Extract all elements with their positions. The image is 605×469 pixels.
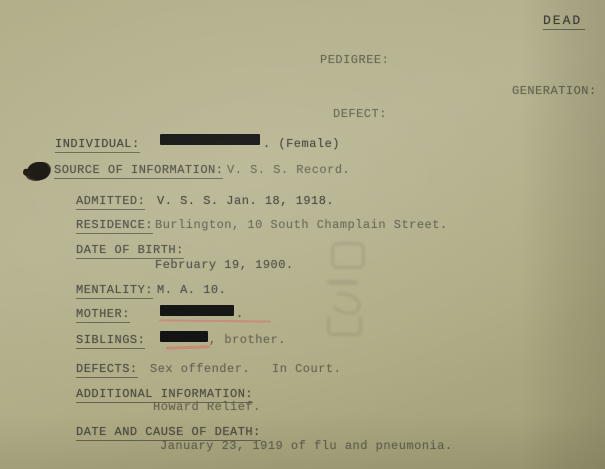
field-source-value: V. S. S. Record. — [227, 163, 350, 177]
red-pencil-underline-mother — [159, 319, 271, 322]
field-mentality-value: M. A. 10. — [157, 283, 226, 297]
bleed-through-mark — [327, 280, 358, 285]
field-admitted-label: ADMITTED: — [76, 194, 145, 210]
field-mother-label: MOTHER: — [76, 307, 130, 323]
red-pencil-underline-siblings — [166, 345, 210, 350]
pedigree-heading: PEDIGREE: — [320, 53, 389, 67]
field-mother-suffix: . — [236, 307, 244, 321]
field-date-and-cause-of-death-value: January 23, 1919 of flu and pneumonia. — [160, 439, 453, 453]
field-date-of-birth-value: February 19, 1900. — [155, 258, 294, 272]
field-additional-information-value: Howard Relief. — [153, 400, 261, 414]
field-defects-value: Sex offender. — [150, 362, 250, 376]
field-individual-label: INDIVIDUAL: — [55, 137, 140, 153]
ink-blot — [27, 162, 50, 180]
field-source-label: SOURCE OF INFORMATION: — [54, 163, 223, 179]
defect-heading: DEFECT: — [333, 107, 387, 121]
field-individual-suffix: . (Female) — [263, 137, 340, 151]
field-residence-value: Burlington, 10 South Champlain Street. — [155, 218, 448, 232]
bleed-through-mark — [327, 314, 362, 336]
redaction-bar-siblings — [160, 331, 208, 342]
redaction-bar-mother — [160, 305, 234, 316]
field-admitted-value: V. S. S. Jan. 18, 1918. — [157, 194, 334, 208]
field-defects-value2: In Court. — [272, 362, 341, 376]
field-date-of-birth-label: DATE OF BIRTH: — [76, 243, 184, 259]
redaction-bar-individual — [160, 134, 260, 145]
generation-heading: GENERATION: — [512, 84, 597, 98]
scanned-record-photo: DEAD PEDIGREE: GENERATION: DEFECT: INDIV… — [0, 0, 605, 469]
field-defects-label: DEFECTS: — [76, 362, 138, 378]
bleed-through-mark — [331, 242, 365, 269]
dead-stamp: DEAD — [543, 14, 585, 30]
field-siblings-suffix: , brother. — [209, 333, 286, 347]
field-mentality-label: MENTALITY: — [76, 283, 153, 299]
field-residence-label: RESIDENCE: — [76, 218, 153, 234]
field-siblings-label: SIBLINGS: — [76, 333, 145, 349]
